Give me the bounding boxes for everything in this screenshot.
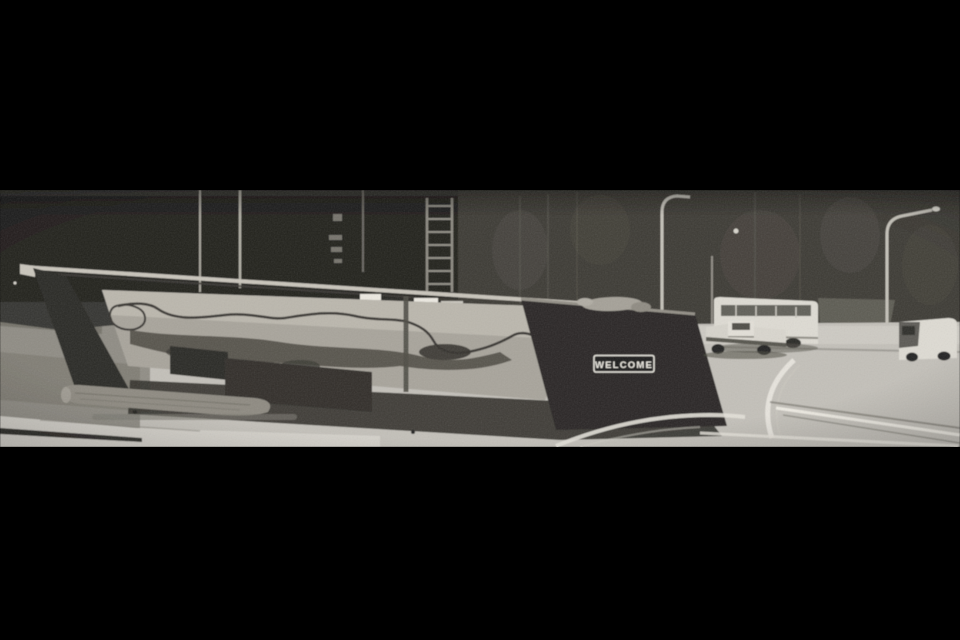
film-grain: [0, 190, 960, 447]
newspaper-photo: WELCOME: [0, 190, 960, 447]
photo-canvas: WELCOME: [0, 190, 960, 447]
scanned-page-black-background: WELCOME: [0, 0, 960, 640]
